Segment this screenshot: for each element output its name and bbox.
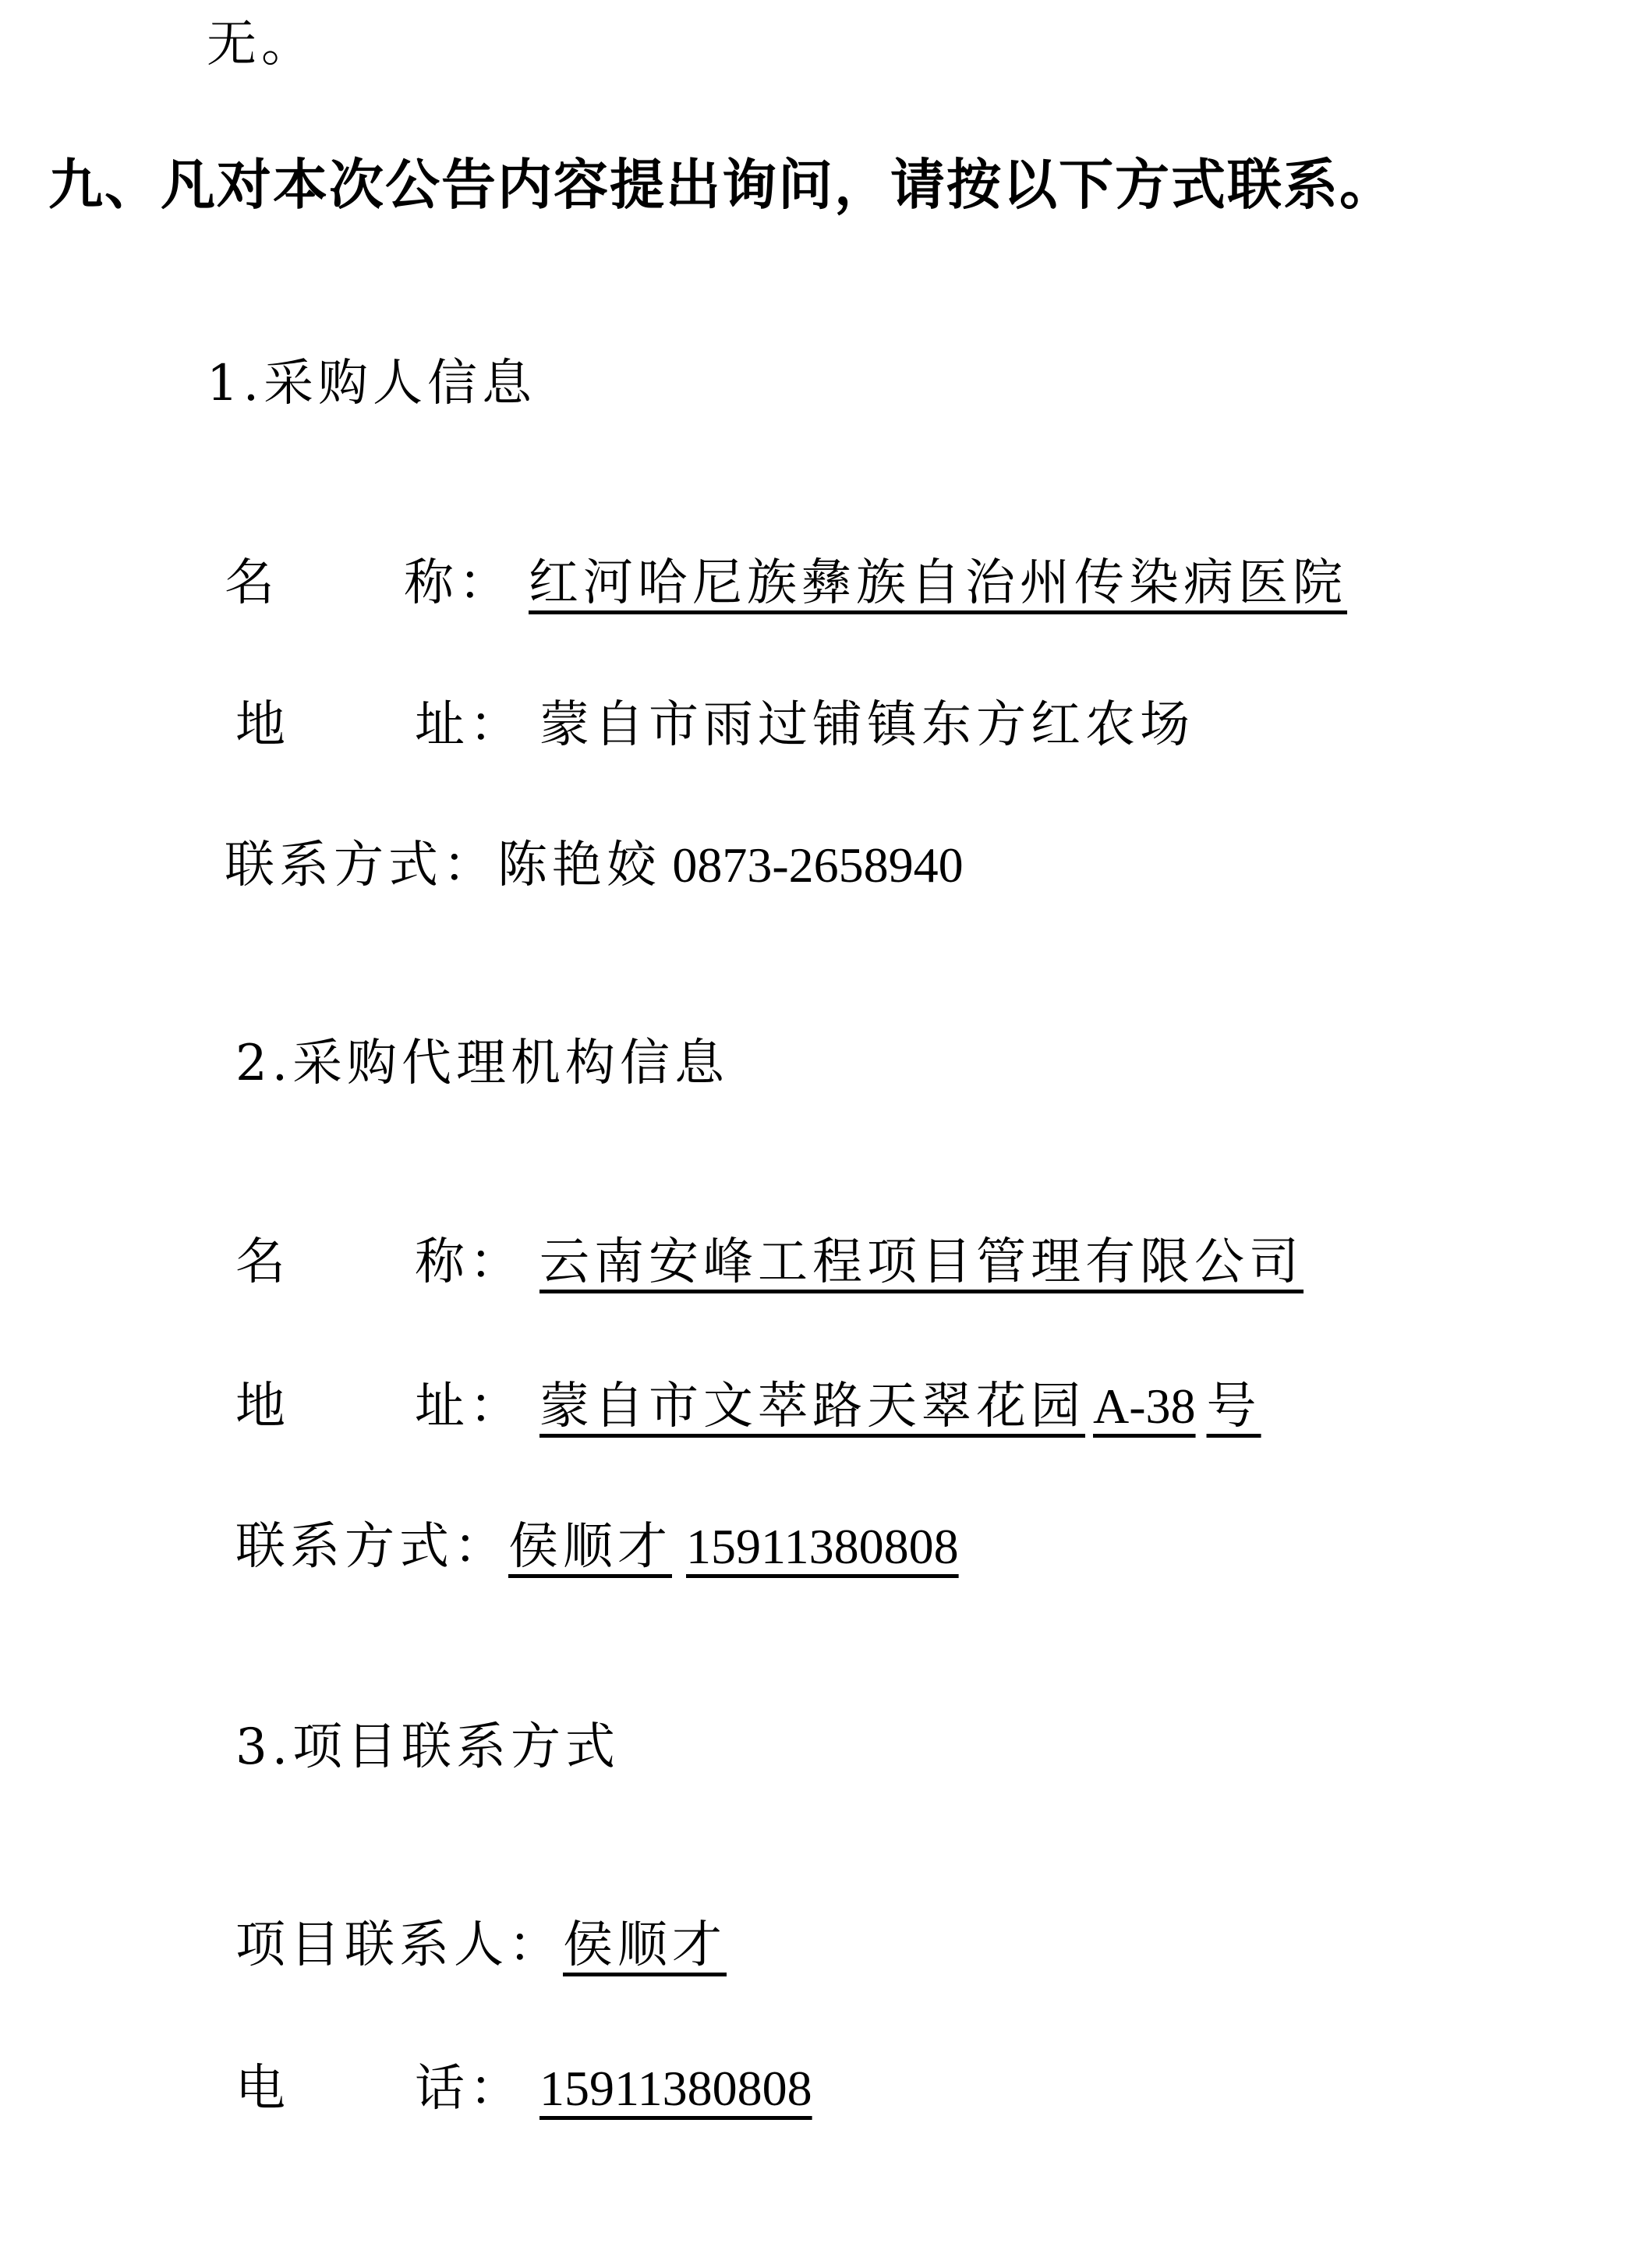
purchaser-address-value: 蒙自市雨过铺镇东方红农场 [539,696,1194,754]
purchaser-contact-row: 联系方式：陈艳姣 0873-2658940 [225,840,964,890]
purchaser-address-label: 地址： [235,700,547,750]
project-contact-person-label: 项目联系人： [235,1920,563,1970]
agency-contact-label: 联系方式： [235,1522,508,1572]
purchaser-contact-label: 联系方式： [225,840,497,890]
purchaser-contact-phone: 0873-2658940 [672,837,963,893]
project-contact-phone-label: 电话： [235,2064,547,2114]
agency-address-value: 蒙自市文萃路天翠花园A-38号 [539,1378,1261,1435]
project-contact-section-title: 3.项目联系方式 [235,1722,620,1772]
agency-name-row: 名称：云南安峰工程项目管理有限公司 [235,1237,1304,1287]
project-contact-phone-row: 电话：15911380808 [235,2064,812,2114]
agency-name-label: 名称： [235,1237,547,1287]
project-contact-phone-value: 15911380808 [539,2061,812,2116]
agency-name-value: 云南安峰工程项目管理有限公司 [539,1233,1304,1291]
agency-contact-row: 联系方式：侯顺才15911380808 [235,1522,959,1572]
agency-address-label: 地址： [235,1382,547,1431]
project-contact-person-value: 侯顺才 [563,1916,727,1974]
agency-contact-value: 侯顺才15911380808 [508,1518,959,1576]
purchaser-address-row: 地址：蒙自市雨过铺镇东方红农场 [235,700,1194,750]
agency-address-row: 地址：蒙自市文萃路天翠花园A-38号 [235,1382,1261,1431]
purchaser-name-row: 名称：红河哈尼族彝族自治州传染病医院 [225,558,1347,608]
previous-section-text: 无。 [207,19,316,69]
purchaser-name-label: 名称： [225,558,536,608]
purchaser-contact-person: 陈艳姣 [497,837,661,894]
agency-section-title: 2.采购代理机构信息 [235,1039,729,1088]
project-contact-person-row: 项目联系人：侯顺才 [235,1920,727,1970]
purchaser-name-value: 红河哈尼族彝族自治州传染病医院 [529,554,1347,612]
purchaser-section-title: 1.采购人信息 [207,359,536,409]
section-heading: 九、凡对本次公告内容提出询问，请按以下方式联系。 [48,157,1396,212]
